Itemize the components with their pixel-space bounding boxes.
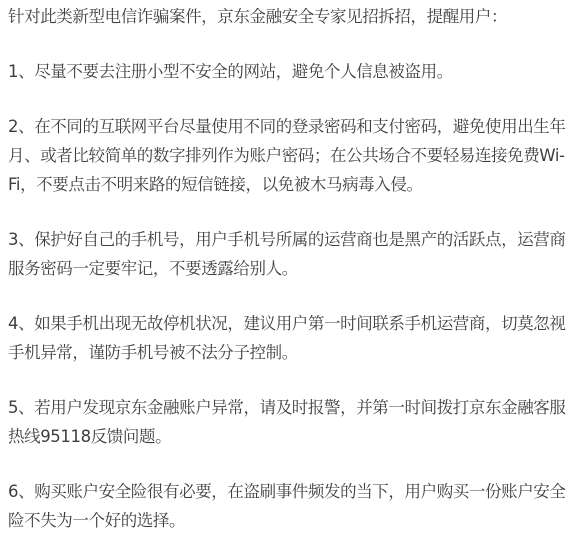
tip-paragraph-4: 4、如果手机出现无故停机状况，建议用户第一时间联系手机运营商，切莫忽视手机异常，… (8, 309, 573, 367)
tip-paragraph-6: 6、购买账户安全险很有必要，在盗刷事件频发的当下，用户购买一份账户安全险不失为一… (8, 477, 573, 535)
tip-paragraph-1: 1、尽量不要去注册小型不安全的网站，避免个人信息被盗用。 (8, 57, 573, 86)
intro-paragraph: 针对此类新型电信诈骗案件，京东金融安全专家见招拆招，提醒用户： (8, 2, 573, 31)
tip-paragraph-2: 2、在不同的互联网平台尽量使用不同的登录密码和支付密码，避免使用出生年月、或者比… (8, 112, 573, 199)
tip-paragraph-3: 3、保护好自己的手机号，用户手机号所属的运营商也是黑产的活跃点，运营商服务密码一… (8, 225, 573, 283)
tip-paragraph-5: 5、若用户发现京东金融账户异常，请及时报警，并第一时间拨打京东金融客服热线951… (8, 393, 573, 451)
article-body: 针对此类新型电信诈骗案件，京东金融安全专家见招拆招，提醒用户： 1、尽量不要去注… (8, 2, 573, 535)
